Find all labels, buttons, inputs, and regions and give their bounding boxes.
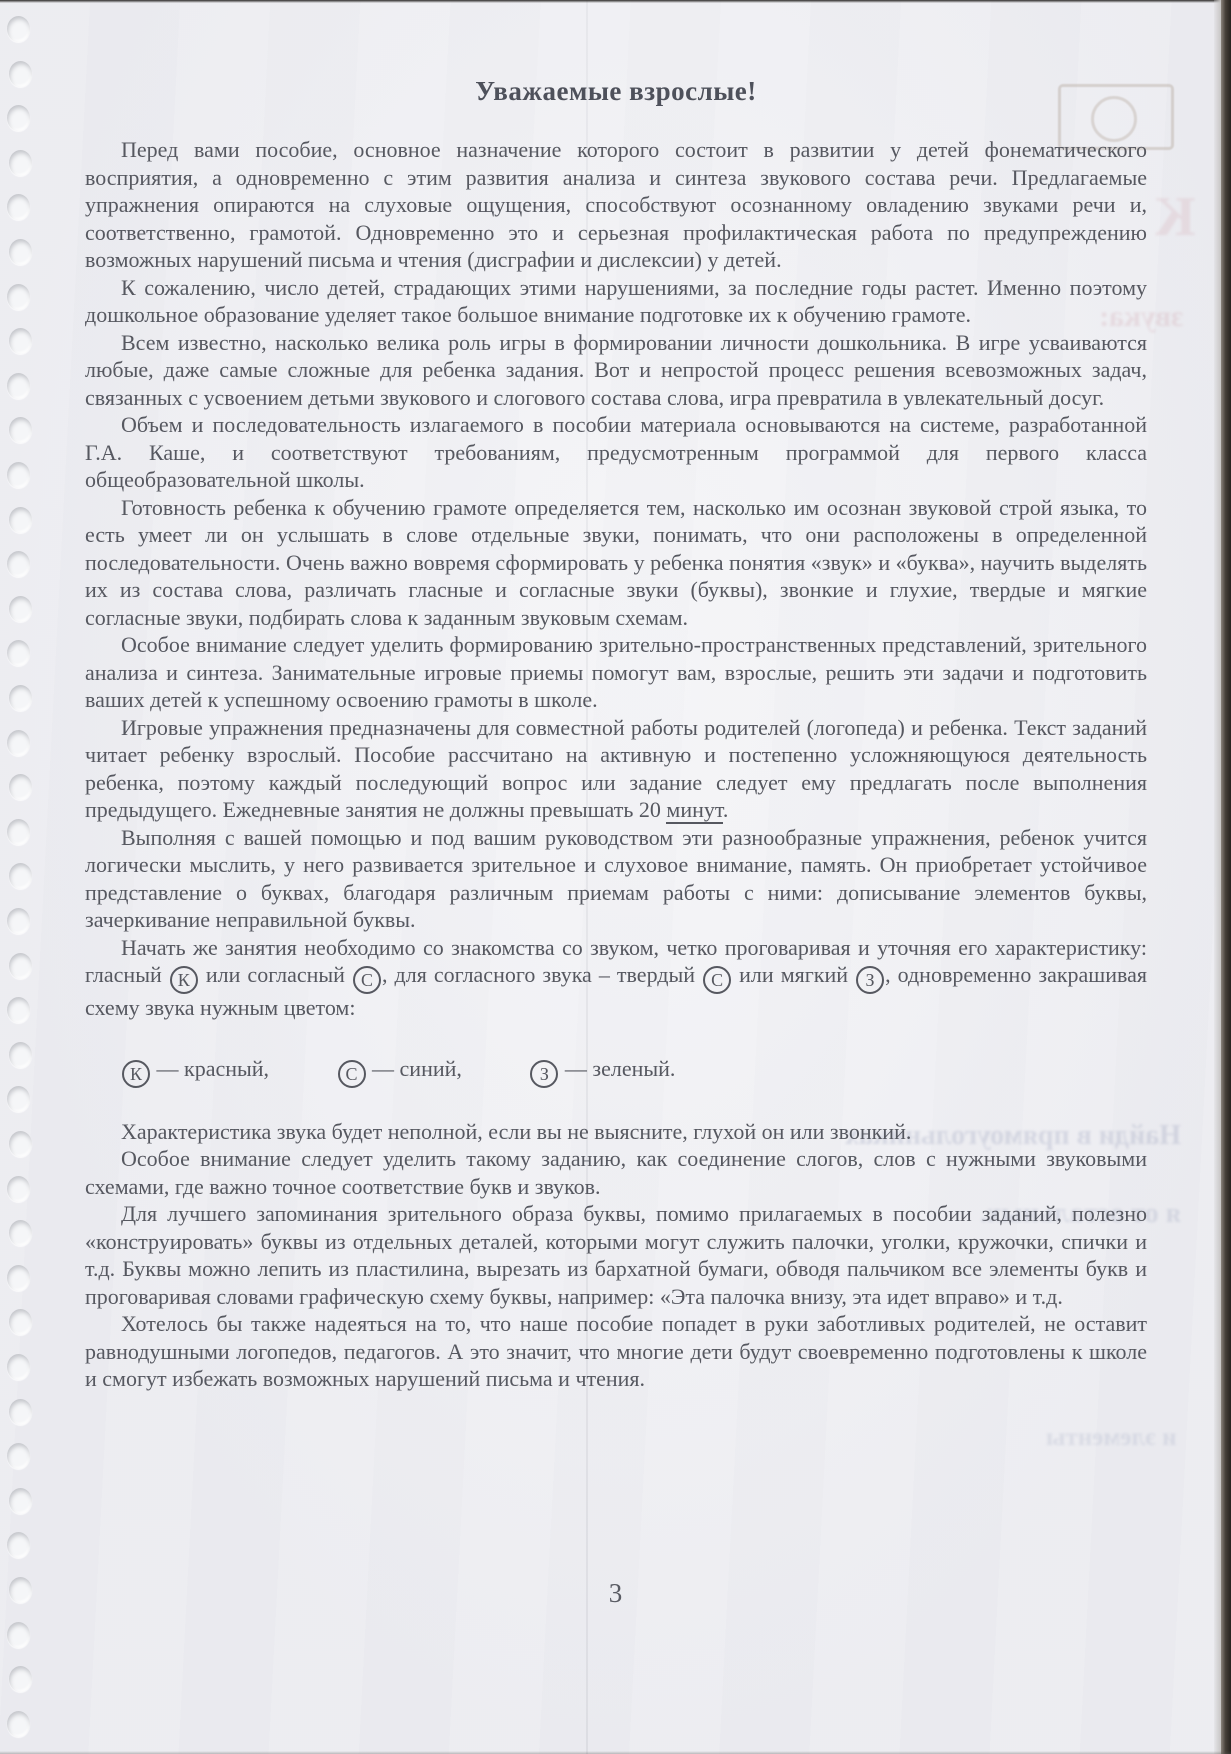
binding-hole [7, 1532, 30, 1558]
binding-hole [7, 730, 30, 756]
paragraph: К сожалению, число детей, страдающих эти… [85, 274, 1147, 329]
binding-hole [7, 819, 30, 845]
binding-hole [9, 328, 32, 354]
binding-hole [7, 1265, 30, 1291]
binding-hole [9, 1666, 32, 1692]
binding-hole [7, 1176, 30, 1202]
binding-hole [9, 1577, 32, 1603]
binding-hole [9, 1309, 32, 1335]
binding-hole [7, 551, 30, 577]
binding-hole [9, 239, 32, 265]
binding-hole [9, 774, 32, 800]
paragraph: Готовность ребенка к обучению грамоте оп… [85, 494, 1147, 632]
binding-hole [7, 105, 30, 131]
binding-hole [9, 685, 32, 711]
paragraph: Всем известно, насколько велика роль игр… [85, 329, 1147, 412]
paragraph: Особое внимание следует уделить формиров… [85, 631, 1147, 714]
binding-hole [7, 1354, 30, 1380]
circled-letter-k: К [170, 966, 198, 994]
binding-hole [9, 61, 32, 87]
paragraph: Выполняя с вашей помощью и под вашим рук… [85, 824, 1147, 934]
page-title: Уважаемые взрослые! [85, 76, 1147, 106]
binding-hole [7, 1622, 30, 1648]
circled-letter-s: С [703, 966, 731, 994]
legend-label: — зеленый. [565, 1056, 676, 1081]
paragraph-daily-sessions: Игровые упражнения предназначены для сов… [85, 714, 1147, 824]
binding-hole [9, 863, 32, 889]
page-number: 3 [0, 1578, 1231, 1609]
legend-label: — синий, [372, 1056, 462, 1081]
legend-item-green: З — зеленый. [529, 1056, 675, 1081]
scanned-page: К звука: Найди в прямоугольниках я от ос… [0, 0, 1231, 1754]
paragraph: Характеристика звука будет неполной, есл… [85, 1118, 1147, 1146]
binding-hole [7, 284, 30, 310]
binding-hole [9, 1399, 32, 1425]
binding-hole [7, 640, 30, 666]
binding-hole [7, 997, 30, 1023]
binding-hole [7, 462, 30, 488]
bleedthrough-text: и элементы [1046, 1424, 1176, 1452]
paragraph-text: , для согласного звука – твердый [382, 962, 702, 987]
legend-item-red: К — красный, [121, 1056, 269, 1081]
circled-letter-s: С [353, 966, 381, 994]
binding-hole [7, 1711, 30, 1737]
scan-edge-right-dark [1221, 0, 1231, 1754]
underlined-word: минут [666, 797, 722, 824]
binding-hole [7, 1086, 30, 1112]
binding-hole [9, 150, 32, 176]
paragraph-text: Игровые упражнения предназначены для сов… [85, 715, 1147, 823]
binding-hole [9, 417, 32, 443]
paragraph-text: или мягкий [732, 962, 855, 987]
paragraph: Для лучшего запоминания зрительного обра… [85, 1200, 1147, 1310]
circled-letter-z: З [856, 966, 884, 994]
legend-label: — красный, [157, 1056, 270, 1081]
binding-hole [7, 373, 30, 399]
binding-holes [0, 0, 42, 1754]
paragraph: Особое внимание следует уделить такому з… [85, 1145, 1147, 1200]
paragraph-sound-characteristics: Начать же занятия необходимо со знакомст… [85, 934, 1147, 1022]
binding-hole [7, 16, 30, 42]
binding-hole [7, 908, 30, 934]
circled-letter-z: З [530, 1060, 558, 1088]
legend-item-blue: С — синий, [337, 1056, 462, 1081]
bleedthrough-text: К [1155, 185, 1196, 249]
scan-edge-top [0, 0, 1231, 3]
page-content: Уважаемые взрослые! Перед вами пособие, … [85, 62, 1147, 1393]
binding-hole [7, 194, 30, 220]
binding-hole [9, 953, 32, 979]
binding-hole [9, 1042, 32, 1068]
binding-hole [9, 1131, 32, 1157]
paragraph: Объем и последовательность излагаемого в… [85, 411, 1147, 494]
paragraph: Перед вами пособие, основное назначение … [85, 136, 1147, 274]
binding-hole [9, 507, 32, 533]
binding-hole [9, 1220, 32, 1246]
binding-hole [7, 1443, 30, 1469]
circled-letter-k: К [122, 1060, 150, 1088]
paragraph-text: или согласный [199, 962, 352, 987]
scan-edge-right-light [1214, 0, 1221, 1754]
paragraph-text: . [723, 797, 729, 822]
color-legend: К — красный, С — синий, З — зеленый. [85, 1055, 1147, 1088]
paragraph: Хотелось бы также надеяться на то, что н… [85, 1310, 1147, 1393]
binding-hole [9, 1488, 32, 1514]
binding-hole [9, 596, 32, 622]
circled-letter-s: С [338, 1060, 366, 1088]
